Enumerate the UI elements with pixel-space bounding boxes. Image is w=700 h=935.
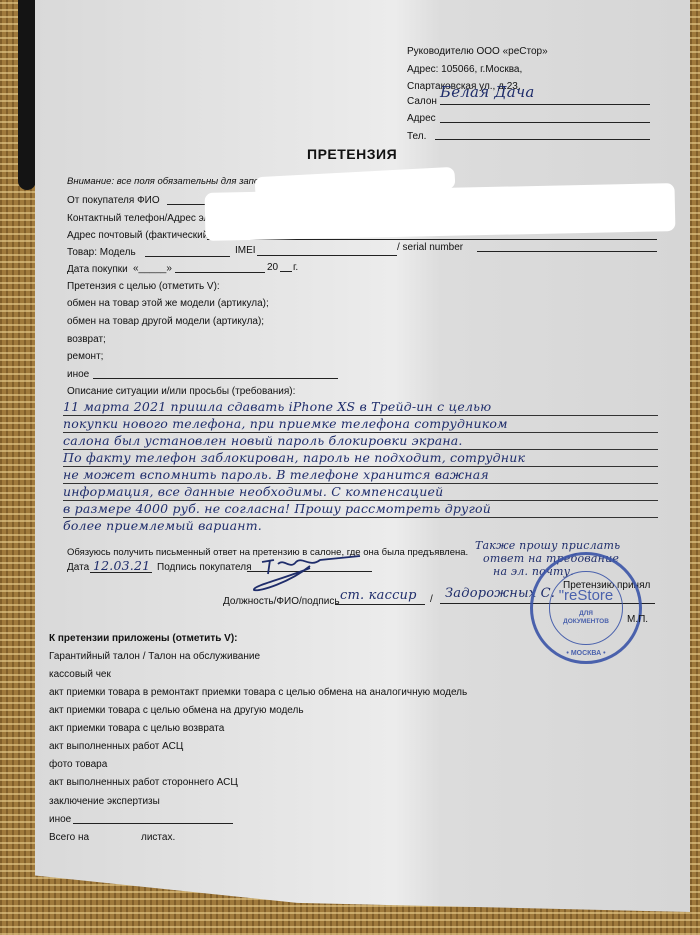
description-text-line: 11 марта 2021 пришла сдавать iPhone XS в… (63, 399, 491, 414)
salon-line (440, 104, 650, 105)
purpose-other-line (93, 378, 338, 379)
purpose-option[interactable]: обмен на товар этой же модели (артикула)… (67, 298, 269, 309)
attachment-item[interactable]: фото товара (49, 759, 107, 770)
description-text-line: более приемлемый вариант. (63, 518, 262, 533)
date-line (90, 572, 152, 573)
stamp-city: • МОСКВА • (533, 650, 639, 657)
signature-label: Подпись покупателя (157, 562, 252, 573)
redaction (205, 183, 676, 241)
buyer-label: От покупателя ФИО (67, 195, 160, 206)
date-value: 12.03.21 (93, 558, 150, 573)
stamp-inner-ring (549, 571, 623, 645)
total-label: Всего на (49, 832, 89, 843)
description-text-line: По факту телефон заблокирован, пароль не… (63, 450, 525, 465)
attachment-item[interactable]: заключение экспертизы (49, 796, 160, 807)
position-line (335, 604, 425, 605)
purpose-label: Претензия с целью (отметить V): (67, 281, 220, 292)
salon-label: Салон (407, 96, 437, 107)
purchase-year: 20 (267, 262, 278, 273)
year-suffix: г. (293, 262, 298, 273)
description-text-line: информация, все данные необходимы. С ком… (63, 484, 443, 499)
attachment-other-line (73, 823, 233, 824)
position-value: ст. кассир (340, 588, 417, 603)
document-title: ПРЕТЕНЗИЯ (307, 146, 397, 162)
sheets-label: листах. (141, 832, 175, 843)
attachment-other-label: иное (49, 814, 71, 825)
date-label: Дата (67, 562, 89, 573)
attachment-item[interactable]: акт выполненных работ АСЦ (49, 741, 183, 752)
claim-document: Руководителю ООО «реСтор» Адрес: 105066,… (35, 0, 690, 912)
attachment-item[interactable]: акт приемки товара в ремонтакт приемки т… (49, 687, 467, 698)
address-line (440, 122, 650, 123)
purchase-date-label: Дата покупки (67, 264, 128, 275)
description-text-line: в размере 4000 руб. не согласна! Прошу р… (63, 501, 491, 516)
attachment-item[interactable]: Гарантийный талон / Талон на обслуживани… (49, 651, 260, 662)
purchase-month-line (175, 272, 265, 273)
model-line (145, 256, 230, 257)
attachment-item[interactable]: кассовый чек (49, 669, 111, 680)
imei-label: IMEI (235, 245, 256, 256)
separator: / (430, 594, 433, 605)
company-stamp: "reStore ДЛЯ ДОКУМЕНТОВ • МОСКВА • (530, 552, 642, 664)
purpose-other-label: иное (67, 369, 89, 380)
phone-edge (18, 0, 36, 190)
description-text-line: не может вспомнить пароль. В телефоне хр… (63, 467, 489, 482)
extra-note-line: Также прошу прислать (475, 539, 620, 552)
description-text-line: покупки нового телефона, при приемке тел… (63, 416, 508, 431)
stamp-brand: "reStore (533, 587, 639, 604)
attachment-item[interactable]: акт приемки товара с целью обмена на дру… (49, 705, 304, 716)
attachment-item[interactable]: акт приемки товара с целью возврата (49, 723, 224, 734)
imei-line (257, 255, 397, 256)
attachment-item[interactable]: акт выполненных работ стороннего АСЦ (49, 777, 238, 788)
seal-label: М.П. (627, 614, 648, 625)
model-label: Товар: Модель (67, 247, 136, 258)
description-label: Описание ситуации и/или просьбы (требова… (67, 386, 295, 397)
purchase-day: «_____» (133, 263, 172, 274)
purpose-option[interactable]: обмен на товар другой модели (артикула); (67, 316, 264, 327)
stamp-sub-1: ДЛЯ (533, 610, 639, 618)
purchase-year-line (280, 271, 292, 272)
address-label: Адрес (407, 113, 436, 124)
purpose-option[interactable]: возврат; (67, 334, 106, 345)
position-label: Должность/ФИО/подпись (223, 596, 340, 607)
phone-label: Тел. (407, 131, 426, 142)
salon-value: Белая Дача (440, 83, 535, 101)
postal-label: Адрес почтовый (фактический) (67, 230, 212, 241)
serial-line (477, 251, 657, 252)
purpose-option[interactable]: ремонт; (67, 351, 103, 362)
phone-line (435, 139, 650, 140)
recipient: Руководителю ООО «реСтор» (407, 46, 548, 57)
serial-label: / serial number (397, 242, 463, 253)
address-line-1: Адрес: 105066, г.Москва, (407, 64, 522, 75)
stamp-sub-2: ДОКУМЕНТОВ (533, 618, 639, 626)
attachments-heading: К претензии приложены (отметить V): (49, 633, 238, 644)
description-text-line: салона был установлен новый пароль блоки… (63, 433, 463, 448)
